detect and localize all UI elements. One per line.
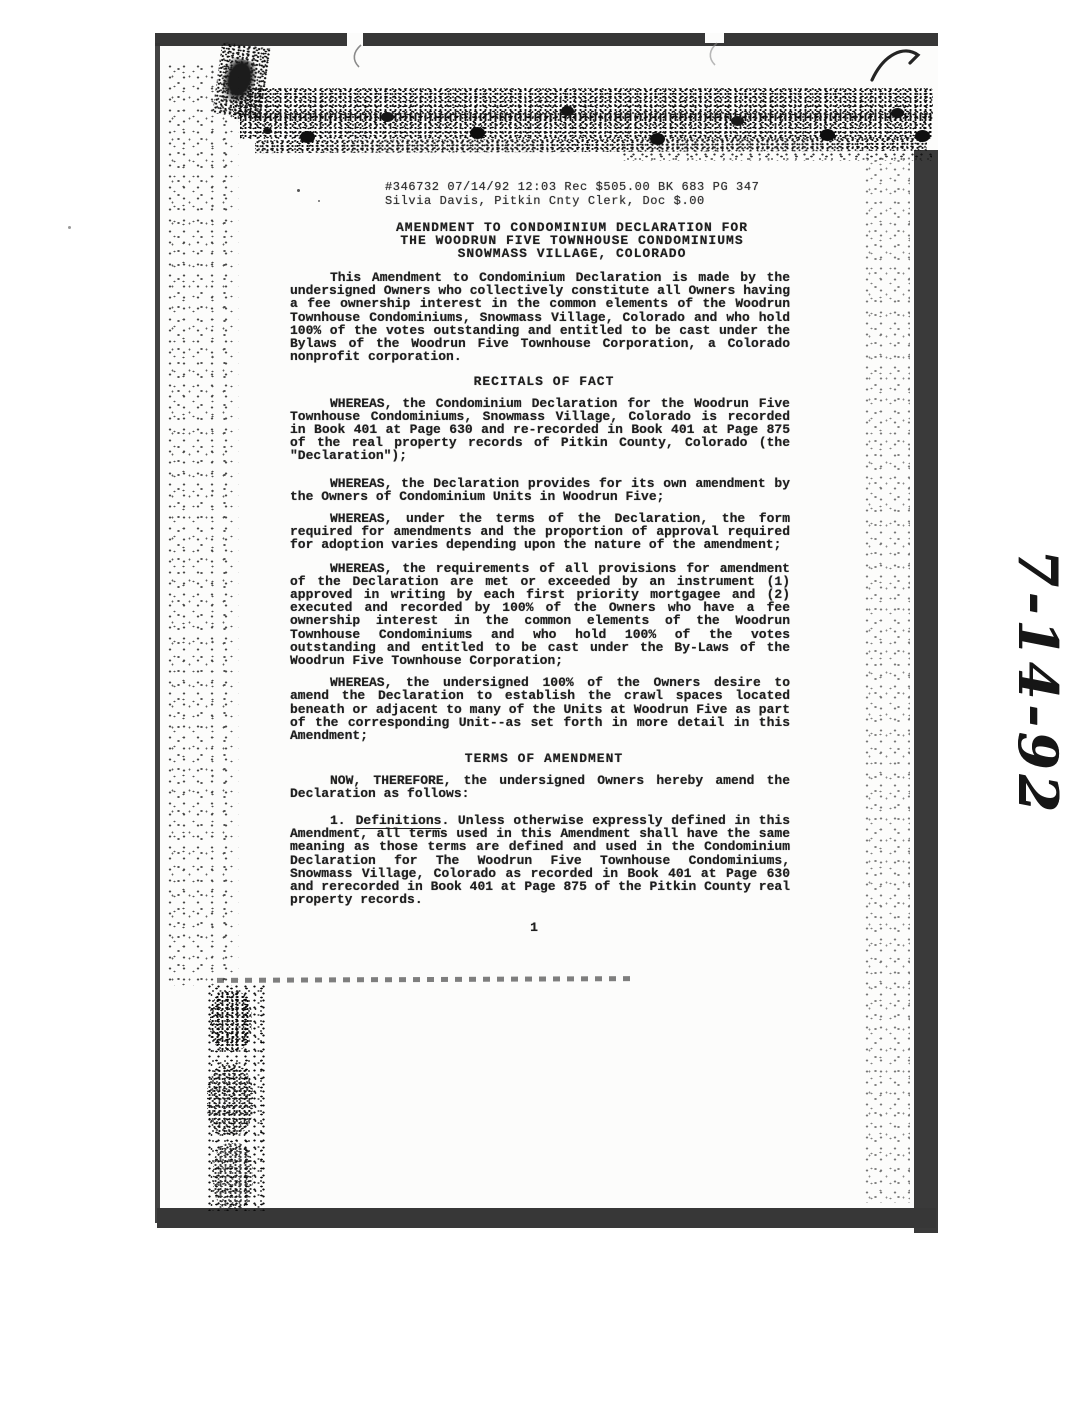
scan-background: #346732 07/14/92 12:03 Rec $505.00 BK 68… bbox=[0, 0, 1088, 1408]
document-title: AMENDMENT TO CONDOMINIUM DECLARATION FOR… bbox=[290, 221, 790, 260]
noise-clumps bbox=[263, 128, 272, 134]
handwritten-hook-mark bbox=[868, 42, 922, 86]
page-number: 1 bbox=[290, 921, 790, 934]
scan-artifact-line bbox=[217, 976, 632, 983]
right-border-bar bbox=[914, 150, 938, 1233]
terms-heading: TERMS OF AMENDMENT bbox=[290, 752, 790, 765]
recital-paragraph: WHEREAS, the requirements of all provisi… bbox=[290, 562, 790, 668]
recital-paragraph: WHEREAS, the Condominium Declaration for… bbox=[290, 397, 790, 463]
left-border-line bbox=[155, 43, 160, 1223]
definitions-body: . Unless otherwise expressly defined in … bbox=[290, 813, 790, 907]
bottom-noise-column bbox=[207, 1065, 253, 1135]
intro-paragraph: This Amendment to Condominium Declaratio… bbox=[290, 271, 790, 363]
noise-band bbox=[240, 113, 932, 139]
title-line-3: SNOWMASS VILLAGE, COLORADO bbox=[354, 247, 790, 260]
stray-speck bbox=[68, 226, 71, 229]
recording-stamp: #346732 07/14/92 12:03 Rec $505.00 BK 68… bbox=[385, 180, 790, 208]
handwritten-date: 7-14-92 bbox=[1010, 533, 1070, 833]
stamp-line-1: #346732 07/14/92 12:03 Rec $505.00 BK 68… bbox=[385, 180, 790, 194]
punch-curl-icon bbox=[348, 43, 366, 69]
right-margin-speckle bbox=[860, 153, 910, 1203]
stamp-line-2: Silvia Davis, Pitkin Cnty Clerk, Doc $.0… bbox=[385, 194, 790, 208]
top-border-bar bbox=[155, 33, 938, 46]
bottom-border-bar bbox=[157, 1208, 936, 1228]
recital-paragraph: WHEREAS, the Declaration provides for it… bbox=[290, 477, 790, 503]
scan-page: #346732 07/14/92 12:03 Rec $505.00 BK 68… bbox=[155, 33, 938, 1230]
recital-paragraph: WHEREAS, the undersigned 100% of the Own… bbox=[290, 676, 790, 742]
punch-curl-icon bbox=[704, 41, 722, 67]
bottom-noise-column bbox=[213, 1143, 253, 1209]
definitions-paragraph: 1.Definitions. Unless otherwise expressl… bbox=[290, 814, 790, 906]
recital-paragraph: WHEREAS, under the terms of the Declarat… bbox=[290, 512, 790, 552]
now-therefore-paragraph: NOW, THEREFORE, the undersigned Owners h… bbox=[290, 774, 790, 800]
recitals-heading: RECITALS OF FACT bbox=[290, 375, 790, 388]
document-body: #346732 07/14/92 12:03 Rec $505.00 BK 68… bbox=[290, 180, 790, 935]
bottom-noise-column bbox=[210, 991, 252, 1051]
left-margin-speckle bbox=[163, 61, 239, 986]
